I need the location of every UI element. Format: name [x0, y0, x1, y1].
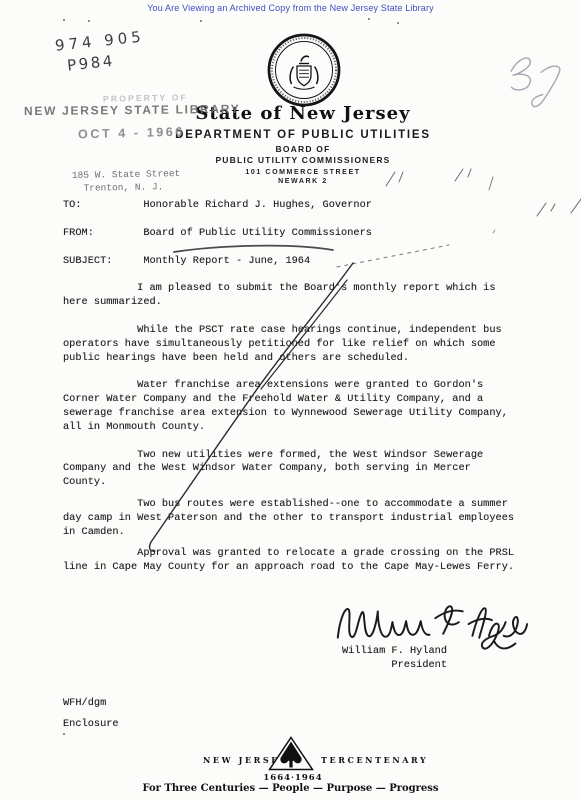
ink-speck [368, 18, 370, 20]
letterhead-commissioners: PUBLIC UTILITY COMMISSIONERS [63, 155, 543, 165]
body-paragraph-2: While the PSCT rate case hearings contin… [63, 324, 543, 365]
ink-speck [200, 20, 202, 22]
closing-block: WFH/dgm Enclosure [63, 697, 119, 739]
reference-initials: WFH/dgm [63, 697, 119, 711]
handwritten-call-number: 974 905 P984 [54, 26, 148, 77]
ink-speck [397, 22, 399, 24]
enclosure-note: Enclosure [63, 718, 119, 732]
body-paragraph-4: Two new utilities were formed, the West … [63, 449, 543, 490]
body-paragraph-5: Two bus routes were established--one to … [63, 498, 543, 539]
memo-subject-line: SUBJECT: Monthly Report - June, 1964 [63, 255, 543, 269]
signature-typed-name: William F. Hyland President [342, 645, 447, 673]
tercentenary-motto: For Three Centuries — People — Purpose —… [0, 783, 581, 794]
body-paragraph-1: I am pleased to submit the Board's month… [63, 282, 543, 310]
body-paragraph-3: Water franchise area extensions were gra… [63, 379, 543, 434]
date-received-stamp: OCT 4 - 1966 [78, 125, 185, 142]
nj-tercentenary-triangle-icon [268, 736, 314, 771]
library-address-stamp: 185 W. State Street Trenton, N. J. [72, 167, 181, 195]
emblem-years: 1664·1964 [261, 773, 325, 783]
memo-from-line: FROM: Board of Public Utility Commission… [63, 227, 543, 241]
archive-banner: You Are Viewing an Archived Copy from th… [0, 3, 581, 13]
emblem-tercentenary-label: TERCENTENARY [321, 755, 428, 765]
new-jersey-state-seal-icon [266, 32, 342, 108]
memo-to-line: TO: Honorable Richard J. Hughes, Governo… [63, 199, 543, 213]
archived-letter-page: You Are Viewing an Archived Copy from th… [0, 0, 581, 800]
body-paragraph-6: Approval was granted to relocate a grade… [63, 547, 543, 575]
ink-speck [63, 19, 65, 21]
ink-speck [88, 20, 90, 22]
letterhead-board-of: BOARD OF [63, 144, 543, 154]
state-library-stamp: NEW JERSEY STATE LIBRARY [24, 102, 241, 118]
typed-letter-body: TO: Honorable Richard J. Hughes, Governo… [63, 199, 543, 589]
